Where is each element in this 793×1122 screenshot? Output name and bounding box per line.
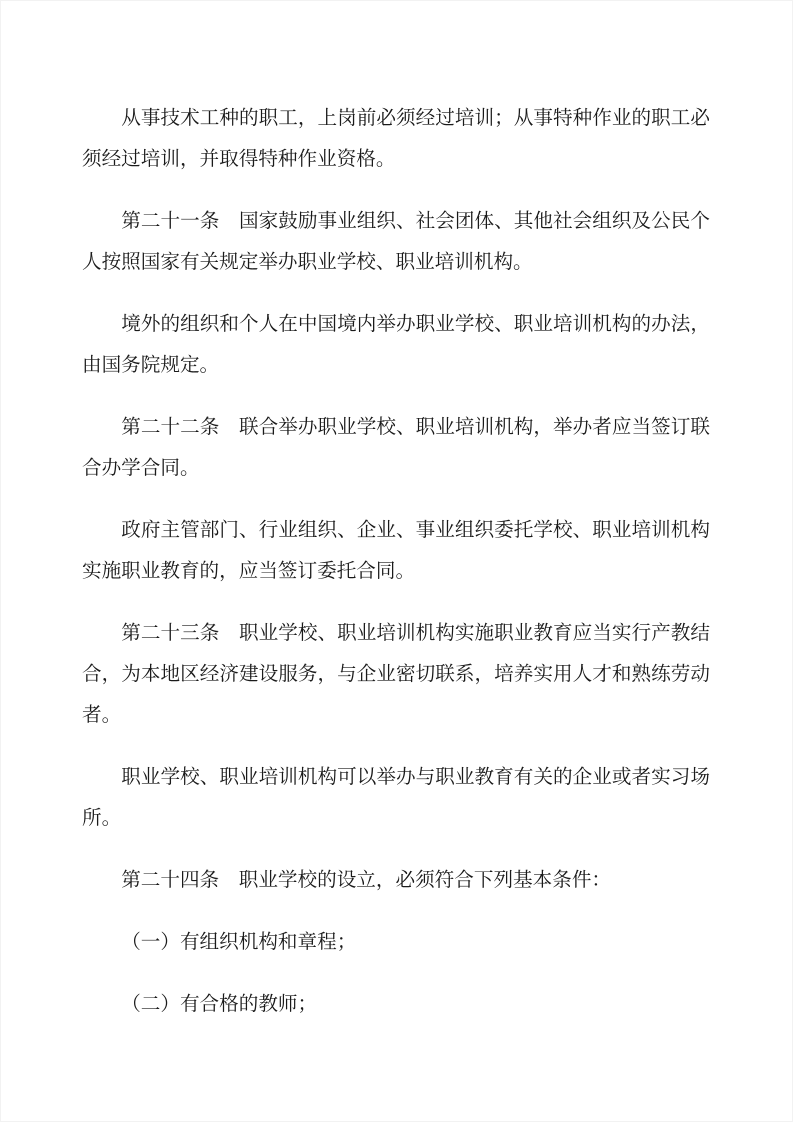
article-24-item-2: （二）有合格的教师； <box>82 984 710 1025</box>
article-23-paragraph: 第二十三条 职业学校、职业培训机构实施职业教育应当实行产教结合，为本地区经济建设… <box>82 613 710 736</box>
document-page: 从事技术工种的职工，上岗前必须经过培训；从事特种作业的职工必须经过培训，并取得特… <box>0 0 793 1122</box>
article-21-paragraph: 第二十一条 国家鼓励事业组织、社会团体、其他社会组织及公民个人按照国家有关规定举… <box>82 201 710 283</box>
article-21-foreign-entities-paragraph: 境外的组织和个人在中国境内举办职业学校、职业培训机构的办法，由国务院规定。 <box>82 304 710 386</box>
article-22-commission-paragraph: 政府主管部门、行业组织、企业、事业组织委托学校、职业培训机构实施职业教育的，应当… <box>82 510 710 592</box>
article-24-paragraph: 第二十四条 职业学校的设立，必须符合下列基本条件： <box>82 860 710 901</box>
document-body: 从事技术工种的职工，上岗前必须经过培训；从事特种作业的职工必须经过培训，并取得特… <box>82 98 710 1025</box>
article-23-enterprises-paragraph: 职业学校、职业培训机构可以举办与职业教育有关的企业或者实习场所。 <box>82 757 710 839</box>
paragraph-training-requirement: 从事技术工种的职工，上岗前必须经过培训；从事特种作业的职工必须经过培训，并取得特… <box>82 98 710 180</box>
article-24-item-1: （一）有组织机构和章程； <box>82 922 710 963</box>
article-22-paragraph: 第二十二条 联合举办职业学校、职业培训机构，举办者应当签订联合办学合同。 <box>82 407 710 489</box>
